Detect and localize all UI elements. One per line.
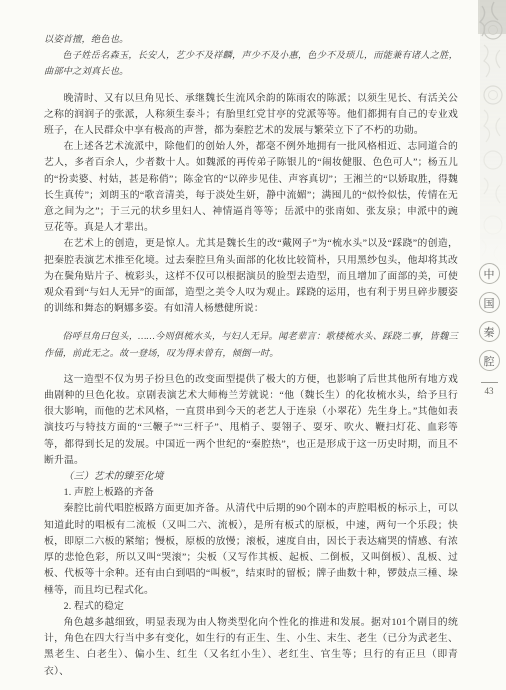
page-number-divider bbox=[481, 382, 498, 383]
sub-heading: 2. 程式的稳定 bbox=[44, 599, 458, 615]
quotation-paragraph: 色子姓岳名森玉，长安人，艺少不及祥麟，声少不及小惠，色少不及琐儿，而能兼有诸人之… bbox=[44, 47, 458, 79]
body-paragraph: 这一造型不仅为男子扮旦色的改变面型提供了极大的方便，也影响了后世其他所有地方戏曲… bbox=[44, 372, 458, 469]
body-paragraph: 角色越多越细致，明显表现为由人物类型化向个性化的推进和发展。据对101个剧目的统… bbox=[44, 615, 458, 680]
section-heading: （三）艺术的臻至化境 bbox=[44, 469, 458, 485]
decorative-border-pattern bbox=[470, 0, 506, 280]
spine-char-qiang: 腔 bbox=[479, 350, 500, 371]
sub-heading: 1. 声腔上板路的齐备 bbox=[44, 485, 458, 501]
book-page: 以姿首擅，绝色也。色子姓岳名森玉，长安人，艺少不及祥麟，声少不及小惠，色少不及琐… bbox=[0, 0, 506, 690]
text-column: 以姿首擅，绝色也。色子姓岳名森玉，长安人，艺少不及祥麟，声少不及小惠，色少不及琐… bbox=[44, 31, 458, 680]
body-paragraph: 秦腔比前代唱腔板路方面更加齐备。从清代中后期的90个剧本的声腔唱板的标示上，可以… bbox=[44, 501, 458, 598]
spine-char-qin: 秦 bbox=[479, 321, 500, 342]
quotation-paragraph: 以姿首擅，绝色也。 bbox=[44, 31, 458, 47]
spine-char-guo: 国 bbox=[479, 292, 500, 313]
page-number: 43 bbox=[485, 386, 494, 396]
quotation-paragraph: 俗呼旦角曰包头，……今则俱梳水头，与妇人无异。闻老辈言：歌楼梳水头、踩跷二事，皆… bbox=[44, 328, 458, 360]
body-paragraph: 晚清时、又有以旦角见长、承继魏长生流风余韵的陈雨农的陈派；以须生见长、有活关公之… bbox=[44, 91, 458, 140]
body-paragraph: 在艺术上的创造，更是惊人。尤其是魏长生的改“戴网子”为“梳水头”以及“踩跷”的创… bbox=[44, 236, 458, 317]
spine-char-zhong: 中 bbox=[479, 263, 500, 284]
spine-title: 中 国 秦 腔 43 bbox=[477, 263, 501, 396]
body-paragraph: 在上述各艺术流派中，除他们的创始人外，都毫不例外地拥有一批风格相近、志同道合的艺… bbox=[44, 139, 458, 236]
